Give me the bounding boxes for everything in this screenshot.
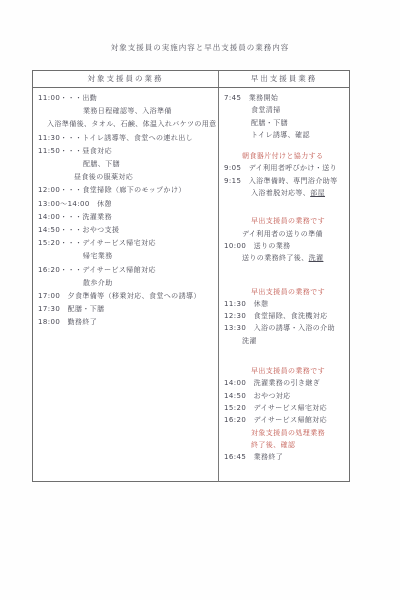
schedule-line: 14:50・・・おやつ支援 [38, 224, 214, 237]
left-column-header: 対象支援員の業務 [33, 71, 219, 87]
schedule-line: 早出支援員の業務です [224, 286, 345, 298]
schedule-line: 13:00〜14:00 休憩 [38, 198, 214, 211]
right-column-header: 早出支援員業務 [219, 71, 349, 87]
schedule-line: 昼食後の服薬対応 [38, 171, 214, 184]
schedule-line: デイ利用者の送りの準備 [224, 228, 345, 240]
document-title: 対象支援員の実施内容と早出支援員の業務内容 [0, 42, 400, 53]
schedule-line: 洗濯 [224, 335, 345, 347]
schedule-line: 16:45 業務終了 [224, 451, 345, 463]
schedule-line: 14:50 おやつ対応 [224, 390, 345, 402]
scanned-document-page: 対象支援員の実施内容と早出支援員の業務内容 対象支援員の業務 早出支援員業務 1… [0, 0, 400, 600]
schedule-line: 早出支援員の業務です [224, 215, 345, 227]
schedule-line: 17:30 配膳・下膳 [38, 303, 214, 316]
schedule-table: 対象支援員の業務 早出支援員業務 11:00・・・出勤業務日程確認等、入浴準備入… [32, 70, 350, 482]
schedule-line: 入浴着脱対応等、部屋 [224, 187, 345, 199]
schedule-line: 15:20 デイサービス帰宅対応 [224, 402, 345, 414]
underlined-term: 部屋 [310, 189, 325, 197]
schedule-line: 送りの業務終了後、洗濯 [224, 252, 345, 264]
schedule-line: 13:30 入浴の誘導・入浴の介助 [224, 322, 345, 334]
schedule-line: 散歩介助 [38, 277, 214, 290]
schedule-line: 配膳、下膳 [38, 158, 214, 171]
schedule-line: 12:00・・・食堂掃除（廊下のモップかけ） [38, 184, 214, 197]
schedule-line: 12:30 食堂掃除、食洗機対応 [224, 310, 345, 322]
schedule-line: 9:15 入浴準備時、専門浴介助等 [224, 175, 345, 187]
schedule-line: 業務日程確認等、入浴準備 [38, 105, 214, 118]
schedule-line: 18:00 勤務終了 [38, 316, 214, 329]
underlined-term: 洗濯 [309, 254, 324, 262]
schedule-line: トイレ誘導、確認 [224, 129, 345, 141]
schedule-line: 早出支援員の業務です [224, 365, 345, 377]
left-column: 11:00・・・出勤業務日程確認等、入浴準備入浴準備後、タオル、石鹸、体温入れバ… [33, 88, 219, 482]
schedule-line: 終了後、確認 [224, 439, 345, 451]
schedule-line: 16:20・・・デイサービス帰館対応 [38, 264, 214, 277]
schedule-line: 対象支援員の処理業務 [224, 427, 345, 439]
table-body: 11:00・・・出勤業務日程確認等、入浴準備入浴準備後、タオル、石鹸、体温入れバ… [33, 88, 349, 482]
schedule-line: 11:50・・・昼食対応 [38, 145, 214, 158]
schedule-line: 朝食器片付けと協力する [224, 150, 345, 162]
schedule-line: 食堂清掃 [224, 104, 345, 116]
schedule-line: 7:45 業務開始 [224, 92, 345, 104]
schedule-line: 入浴準備後、タオル、石鹸、体温入れバケツの用意 [38, 118, 214, 131]
schedule-line: 14:00 洗濯業務の引き継ぎ [224, 377, 345, 389]
schedule-line: 配膳・下膳 [224, 117, 345, 129]
schedule-line: 14:00・・・洗濯業務 [38, 211, 214, 224]
schedule-line: 10:00 送りの業務 [224, 240, 345, 252]
schedule-line: 16:20 デイサービス帰館対応 [224, 414, 345, 426]
table-header-row: 対象支援員の業務 早出支援員業務 [33, 71, 349, 88]
schedule-line: 11:30 休憩 [224, 298, 345, 310]
right-column: 7:45 業務開始食堂清掃配膳・下膳トイレ誘導、確認朝食器片付けと協力する9:0… [219, 88, 349, 482]
schedule-line: 帰宅業務 [38, 250, 214, 263]
schedule-line: 11:30・・・トイレ誘導等、食堂への連れ出し [38, 132, 214, 145]
schedule-line: 17:00 夕食準備等（移乗対応、食堂への誘導） [38, 290, 214, 303]
schedule-line: 15:20・・・デイサービス帰宅対応 [38, 237, 214, 250]
schedule-line: 9:05 デイ利用者呼びかけ・送り [224, 162, 345, 174]
schedule-line: 11:00・・・出勤 [38, 92, 214, 105]
